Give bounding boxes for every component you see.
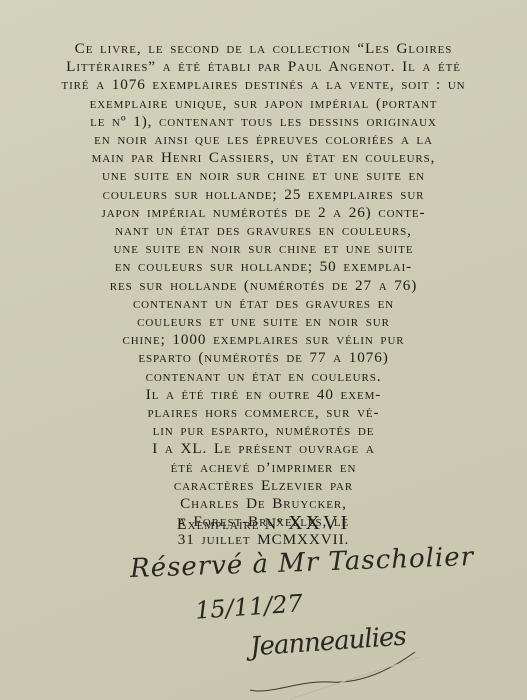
colophon-line: japon impérial numérotés de 2 a 26) cont… [60, 204, 467, 222]
colophon-line: chine; 1000 exemplaires sur vélin pur [60, 331, 467, 349]
copy-number-value: XXVI [288, 512, 350, 534]
colophon-line: res sur hollande (numérotés de 27 a 76) [60, 277, 467, 295]
colophon-line: Littéraires” a été établi par Paul Angen… [60, 58, 467, 76]
colophon-line: Il a été tiré en outre 40 exem- [60, 386, 467, 404]
colophon-line: plaires hors commerce, sur vé- [60, 404, 467, 422]
colophon-line: couleurs sur hollande; 25 exemplaires su… [60, 186, 467, 204]
copy-number-label: Exemplaire Nº [177, 516, 283, 533]
colophon-line: tiré a 1076 exemplaires destinés a la ve… [60, 76, 467, 94]
colophon-line: couleurs et une suite en noir sur [60, 313, 467, 331]
colophon-line: exemplaire unique, sur japon impérial (p… [60, 95, 467, 113]
page-crease-icon [290, 655, 420, 700]
colophon-line: caractères Elzevier par [60, 477, 467, 495]
colophon-line: I a XL. Le présent ouvrage a [60, 440, 467, 458]
copy-number: Exemplaire Nº XXVI [0, 512, 527, 535]
colophon-line: main par Henri Cassiers, un état en coul… [60, 149, 467, 167]
colophon-line: en noir ainsi que les épreuves coloriées… [60, 131, 467, 149]
colophon-page: Ce livre, le second de la collection “Le… [0, 0, 527, 700]
colophon-line: été achevé d’imprimer en [60, 459, 467, 477]
colophon-line: Charles De Bruycker, [60, 495, 467, 513]
colophon-line: esparto (numérotés de 77 a 1076) [60, 349, 467, 367]
colophon-line: nant un état des gravures en couleurs, [60, 222, 467, 240]
handwritten-date: 15/11/27 [194, 589, 303, 624]
colophon-line: une suite en noir sur chine et une suite [60, 240, 467, 258]
colophon-text: Ce livre, le second de la collection “Le… [60, 40, 467, 550]
colophon-line: contenant un état en couleurs. [60, 368, 467, 386]
colophon-line: une suite en noir sur chine et une suite… [60, 167, 467, 185]
colophon-line: le nº 1), contenant tous les dessins ori… [60, 113, 467, 131]
colophon-line: lin pur esparto, numérotés de [60, 422, 467, 440]
colophon-line: Ce livre, le second de la collection “Le… [60, 40, 467, 58]
colophon-line: en couleurs sur hollande; 50 exemplai- [60, 258, 467, 276]
colophon-line: contenant un état des gravures en [60, 295, 467, 313]
